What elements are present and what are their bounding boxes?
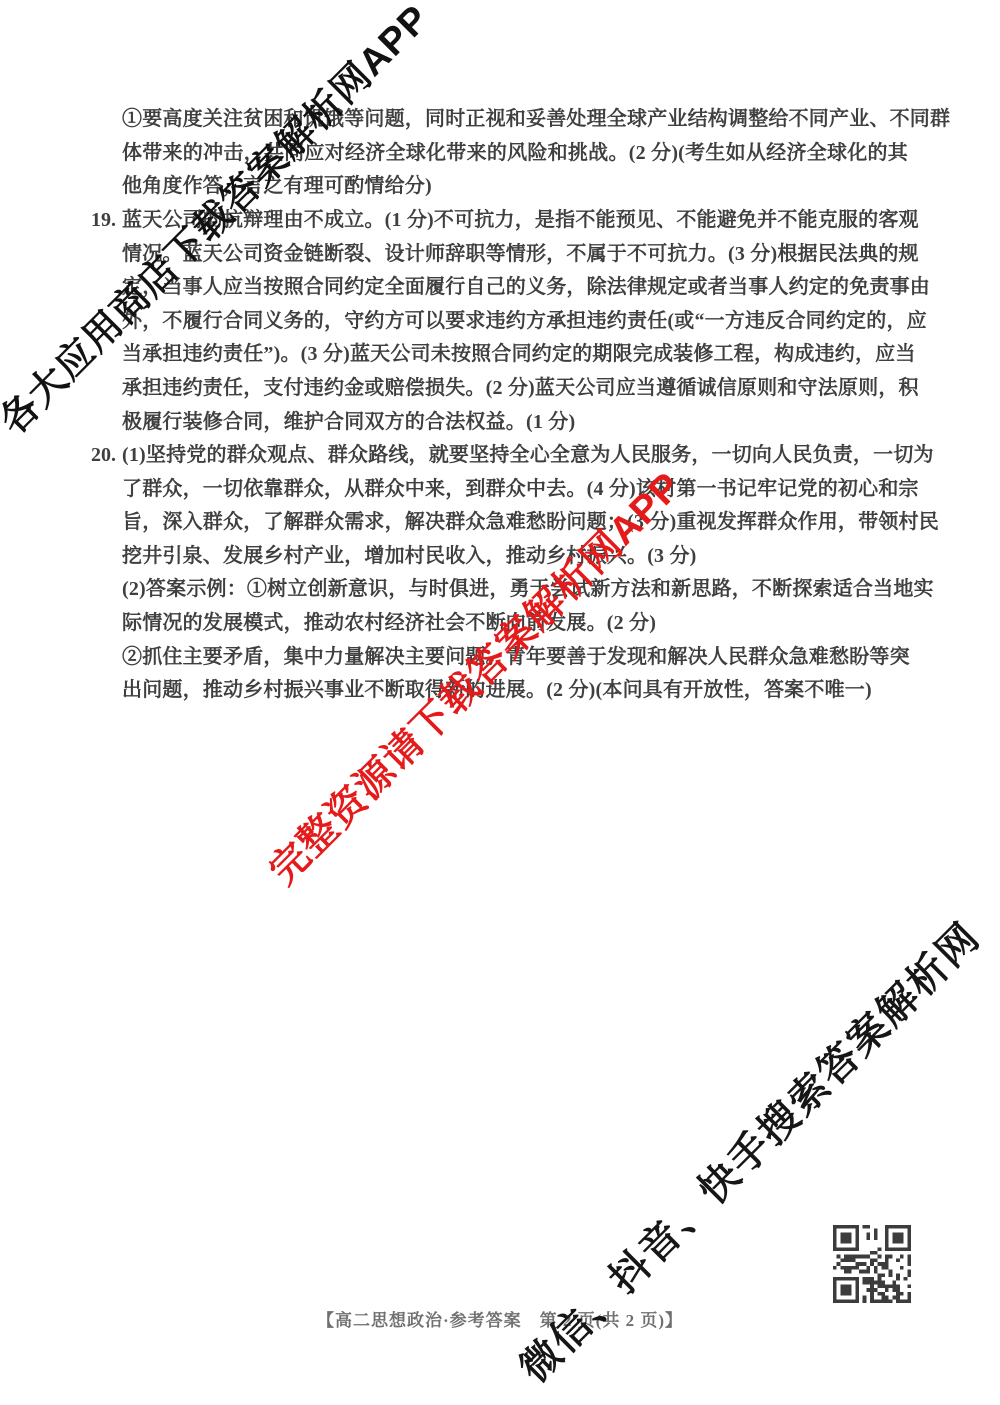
answer-line: 定，当事人应当按照合同约定全面履行自己的义务，除法律规定或者当事人约定的免责事由: [122, 271, 908, 305]
page-footer: 【高二思想政治·参考答案 第 2 页(共 2 页)】: [0, 1306, 1000, 1331]
qr-code: [833, 1225, 911, 1303]
answer-line: 了群众，一切依靠群众，从群众中来，到群众中去。(4 分)该村第一书记牢记党的初心…: [122, 473, 908, 507]
question-number: 20.: [91, 439, 116, 473]
answer-line: 外，不履行合同义务的，守约方可以要求违约方承担违约责任(或“一方违反合同约定的，…: [122, 305, 908, 339]
answer-line: 当承担违约责任”)。(3 分)蓝天公司未按照合同约定的期限完成装修工程，构成违约…: [122, 338, 908, 372]
answer-line: 极履行装修合同，维护合同双方的合法权益。(1 分): [122, 406, 908, 440]
answer-line: 旨，深入群众，了解群众需求，解决群众急难愁盼问题；(3 分)重视发挥群众作用，带…: [122, 506, 908, 540]
question-number: 19.: [91, 204, 116, 238]
answer-line: ①要高度关注贫困和饥饿等问题，同时正视和妥善处理全球产业结构调整给不同产业、不同…: [122, 103, 908, 137]
answer-line: 情况。蓝天公司资金链断裂、设计师辞职等情形，不属于不可抗力。(3 分)根据民法典…: [122, 238, 908, 272]
answer-line: (1)坚持党的群众观点、群众路线，就要坚持全心全意为人民服务，一切向人民负责，一…: [122, 439, 908, 473]
answer-19: 19. 蓝天公司的抗辩理由不成立。(1 分)不可抗力，是指不能预见、不能避免并不…: [122, 204, 908, 439]
answer-line: (2)答案示例：①树立创新意识，与时俱进，勇于尝试新方法和新思路，不断探索适合当…: [122, 573, 908, 607]
answer-line: 出问题，推动乡村振兴事业不断取得新的进展。(2 分)(本问具有开放性，答案不唯一…: [122, 674, 908, 708]
answer-line: 挖井引泉、发展乡村产业，增加村民收入，推动乡村振兴。(3 分): [122, 540, 908, 574]
answer-line: 承担违约责任，支付违约金或赔偿损失。(2 分)蓝天公司应当遵循诚信原则和守法原则…: [122, 372, 908, 406]
answer-sheet-page: ①要高度关注贫困和饥饿等问题，同时正视和妥善处理全球产业结构调整给不同产业、不同…: [0, 0, 1000, 1405]
